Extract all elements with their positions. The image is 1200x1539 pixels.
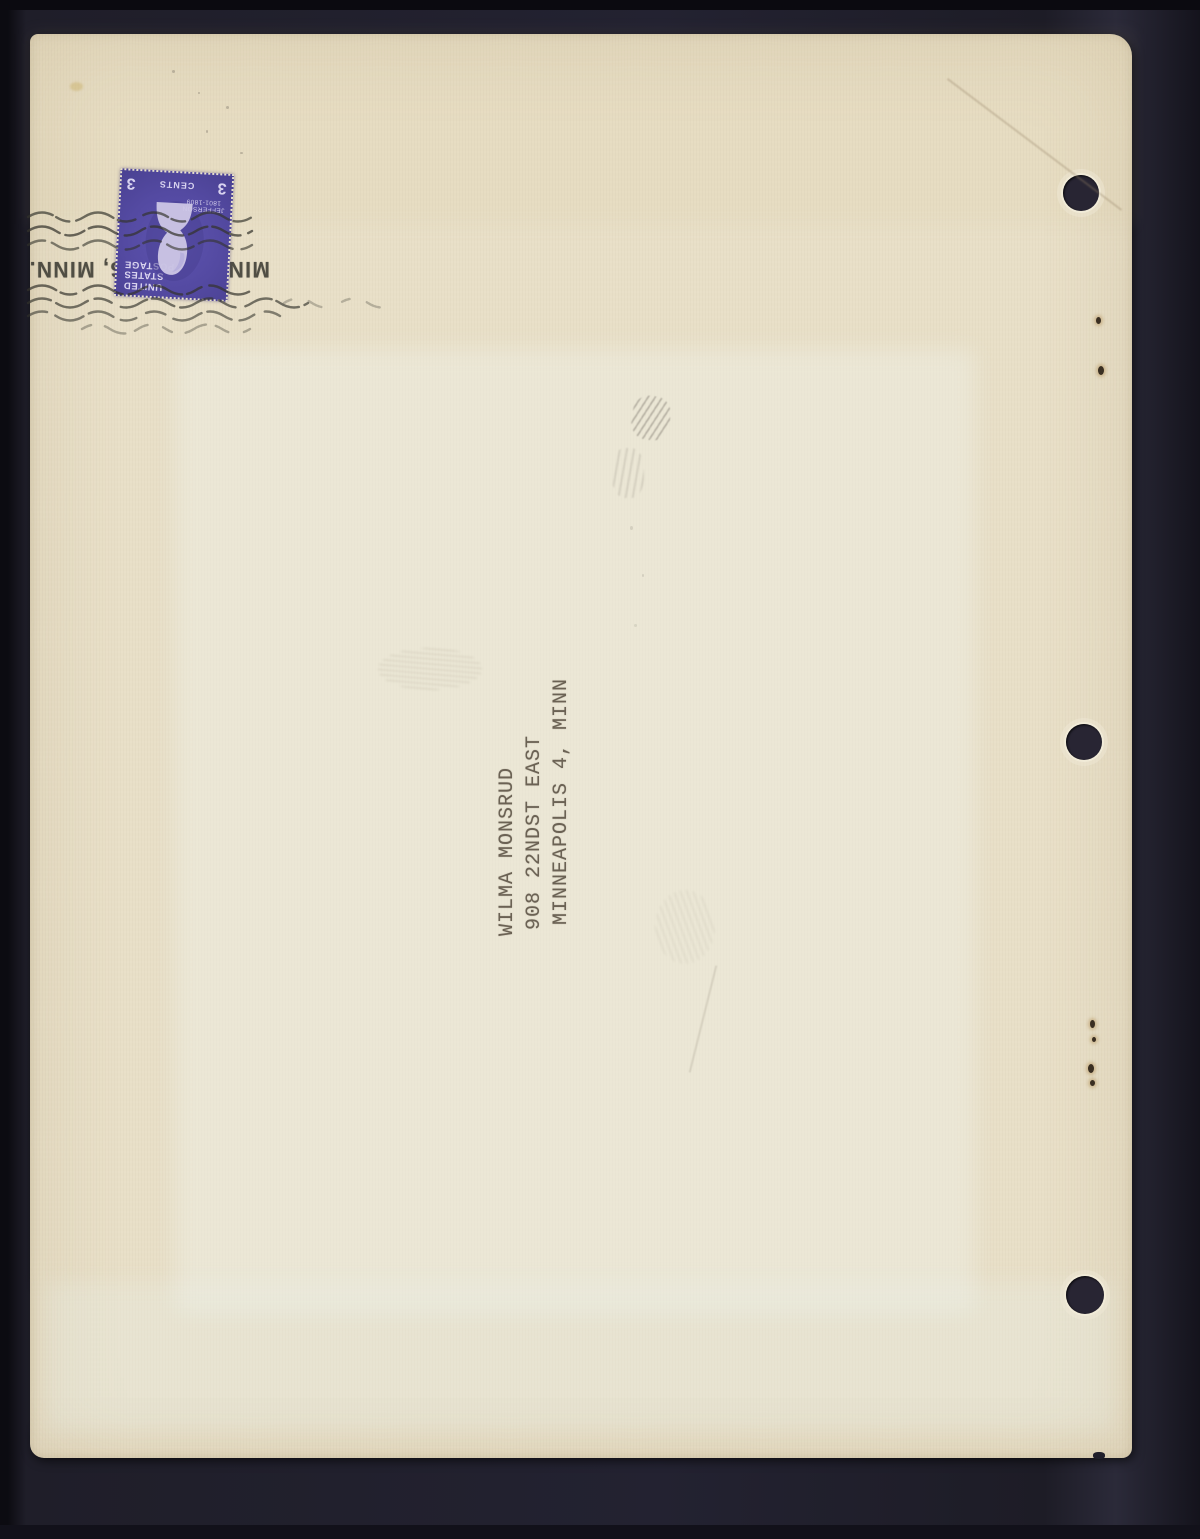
dust-speck [642,574,644,577]
smudge-mark [612,448,644,498]
smudge-mark [655,890,715,964]
dust-speck [630,526,633,530]
punch-hole-middle [1066,724,1102,760]
scan-light-area-bottom [45,1282,1115,1432]
address-line-3: MINNEAPOLIS 4, MINN [548,646,575,936]
dust-speck [206,130,208,133]
backing-board-top-edge [0,0,1200,10]
edge-nick [1093,1452,1105,1459]
stamp-denomination: 3 CENTS 3 [126,173,227,196]
dust-speck [226,106,229,109]
dust-speck [634,624,637,627]
scan-light-area [175,349,975,1314]
rust-speck [1088,1064,1094,1073]
address-line-2: 908 22NDST EAST [521,646,548,936]
dust-speck [172,70,175,73]
rust-speck [1092,1037,1096,1042]
stain-spot [70,82,83,91]
punch-hole-bottom [1066,1276,1104,1314]
scanned-document-view: MINNEAPOLIS, MINN. UNITED STATES POSTAGE… [0,0,1200,1539]
rust-speck [1090,1020,1095,1028]
wavy-cancel-lines [22,204,442,384]
backing-board-bottom-edge [0,1525,1200,1539]
address-line-1: WILMA MONSRUD [494,646,521,936]
rust-speck [1098,366,1104,375]
smudge-mark [378,648,482,690]
dust-speck [198,92,200,94]
dust-speck [240,152,243,154]
envelope-paper: MINNEAPOLIS, MINN. UNITED STATES POSTAGE… [30,34,1132,1458]
typed-address: WILMA MONSRUD 908 22NDST EAST MINNEAPOLI… [494,646,575,936]
rust-speck [1090,1080,1095,1086]
rust-speck [1096,317,1101,324]
